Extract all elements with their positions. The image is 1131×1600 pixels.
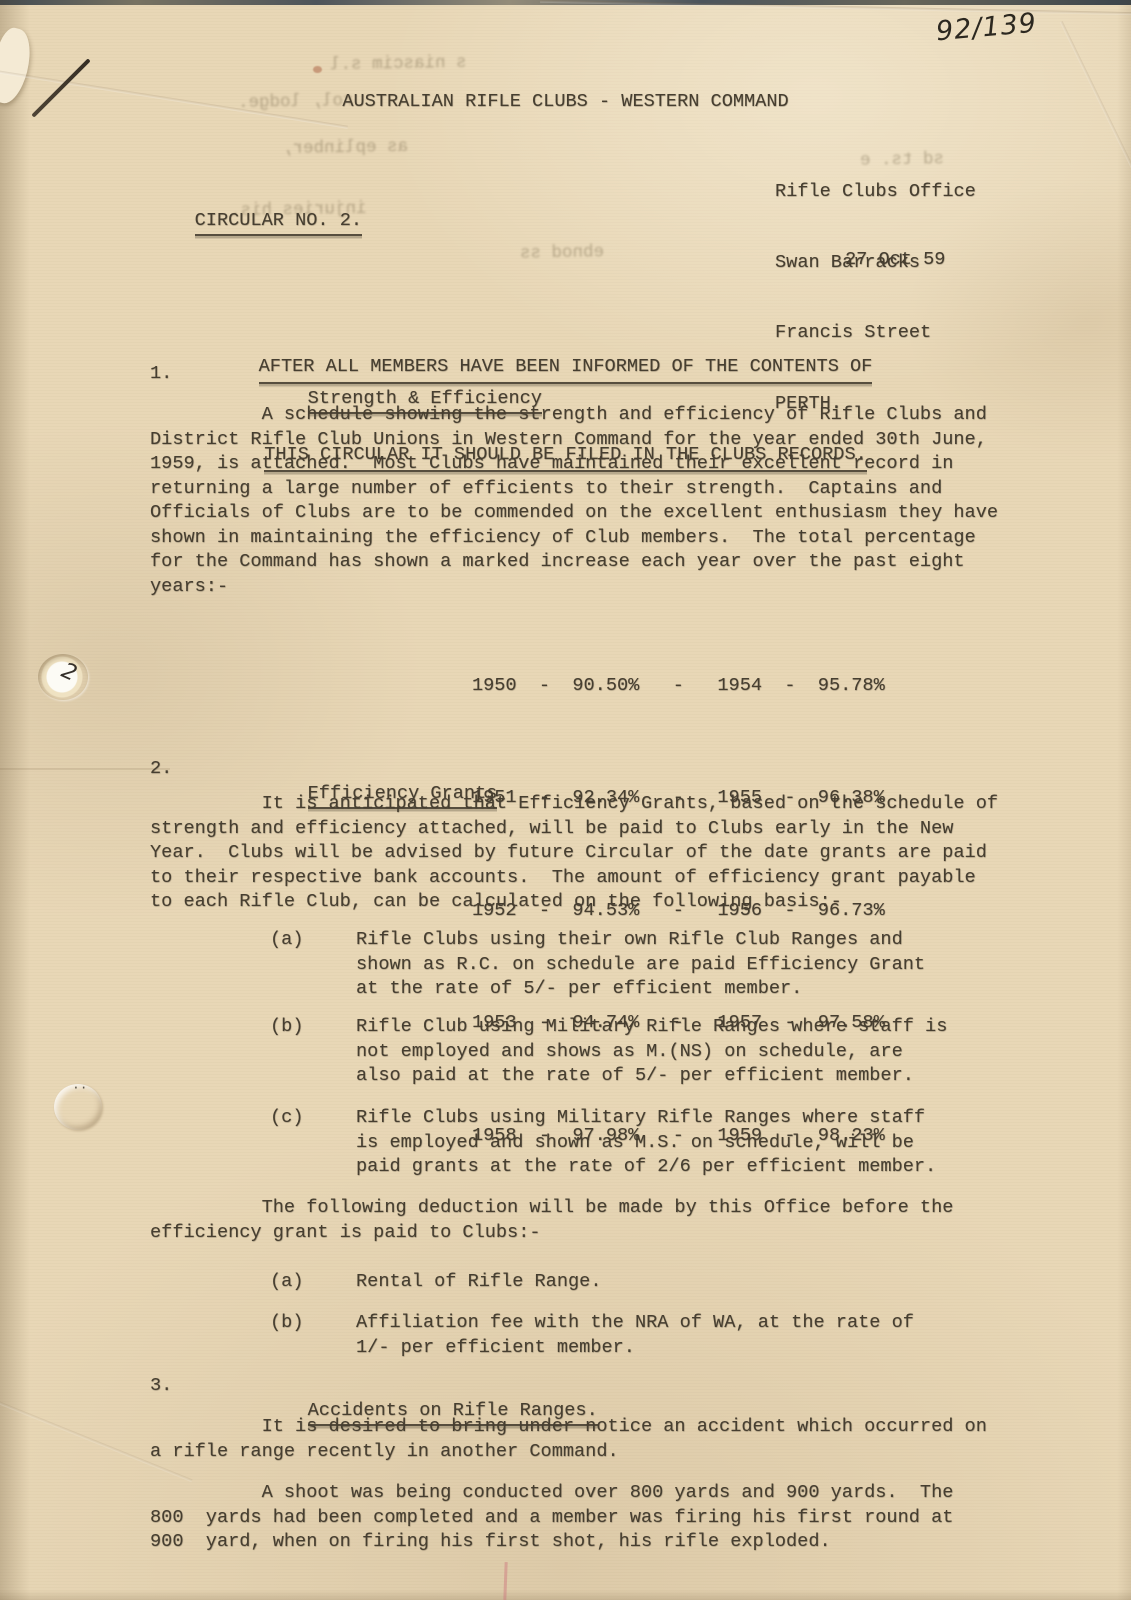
ghost-text: s niascim s.l: [330, 53, 467, 75]
hole-pen-mark: ··: [72, 1080, 88, 1095]
separator: -: [762, 675, 818, 698]
separator: -: [517, 675, 573, 698]
circular-number: CIRCULAR NO. 2.: [150, 184, 362, 259]
ghost-text: as eplinber,: [282, 137, 408, 159]
item-c-label: (c): [270, 1106, 303, 1131]
item-a-label: (a): [270, 928, 303, 953]
punch-hole: 2: [38, 654, 88, 700]
deduction-b-label: (b): [270, 1311, 303, 1336]
section1-paragraph: A schedule showing the strength and effi…: [150, 403, 998, 599]
circular-number-text: CIRCULAR NO. 2.: [195, 209, 362, 235]
paper-bottom-edge: [0, 1590, 1131, 1600]
deduction-a-text: Rental of Rifle Range.: [356, 1270, 601, 1295]
page-title: AUSTRALIAN RIFLE CLUBS - WESTERN COMMAND: [0, 90, 1131, 115]
ghost-text: ebnod ss: [520, 242, 604, 263]
section2-paragraph: It is anticipated that Efficiency Grants…: [150, 792, 998, 915]
separator: -: [639, 675, 717, 698]
table-row: 1950-90.50%-1954-95.78%: [405, 652, 885, 720]
item-c-text: Rifle Clubs using Military Rifle Ranges …: [356, 1106, 936, 1180]
paper-right-edge: [1117, 0, 1131, 1600]
value-cell: 95.78%: [818, 675, 885, 698]
hole-pen-mark: 2: [58, 658, 81, 687]
document-page: s niascim s.l rol, lodge. as eplinber, i…: [0, 0, 1131, 1600]
section3-number: 3.: [150, 1374, 172, 1399]
section1-number: 1.: [150, 362, 172, 387]
deduction-intro: The following deduction will be made by …: [150, 1196, 953, 1245]
section3-paragraph2: A shoot was being conducted over 800 yar…: [150, 1481, 953, 1555]
value-cell: 90.50%: [572, 675, 639, 698]
punch-hole-embossed: ··: [54, 1084, 102, 1130]
year-cell: 1950: [472, 675, 517, 698]
paper-left-edge: [0, 0, 30, 1600]
deduction-a-label: (a): [270, 1270, 303, 1295]
item-a-text: Rifle Clubs using their own Rifle Club R…: [356, 928, 925, 1002]
ink-speck: [313, 66, 322, 73]
deduction-b-text: Affiliation fee with the NRA of WA, at t…: [356, 1311, 914, 1360]
paper-top-edge: [0, 0, 1131, 5]
section2-number: 2.: [150, 757, 172, 782]
handwritten-file-number: 92/139: [935, 8, 1038, 48]
address-line: Rifle Clubs Office: [775, 180, 976, 204]
item-b-text: Rifle Club using Military Rifle Ranges w…: [356, 1015, 947, 1089]
item-b-label: (b): [270, 1015, 303, 1040]
year-cell: 1954: [717, 675, 762, 698]
section3-paragraph1: It is desired to bring under notice an a…: [150, 1415, 987, 1464]
document-date: 27 Oct 59: [845, 248, 945, 273]
